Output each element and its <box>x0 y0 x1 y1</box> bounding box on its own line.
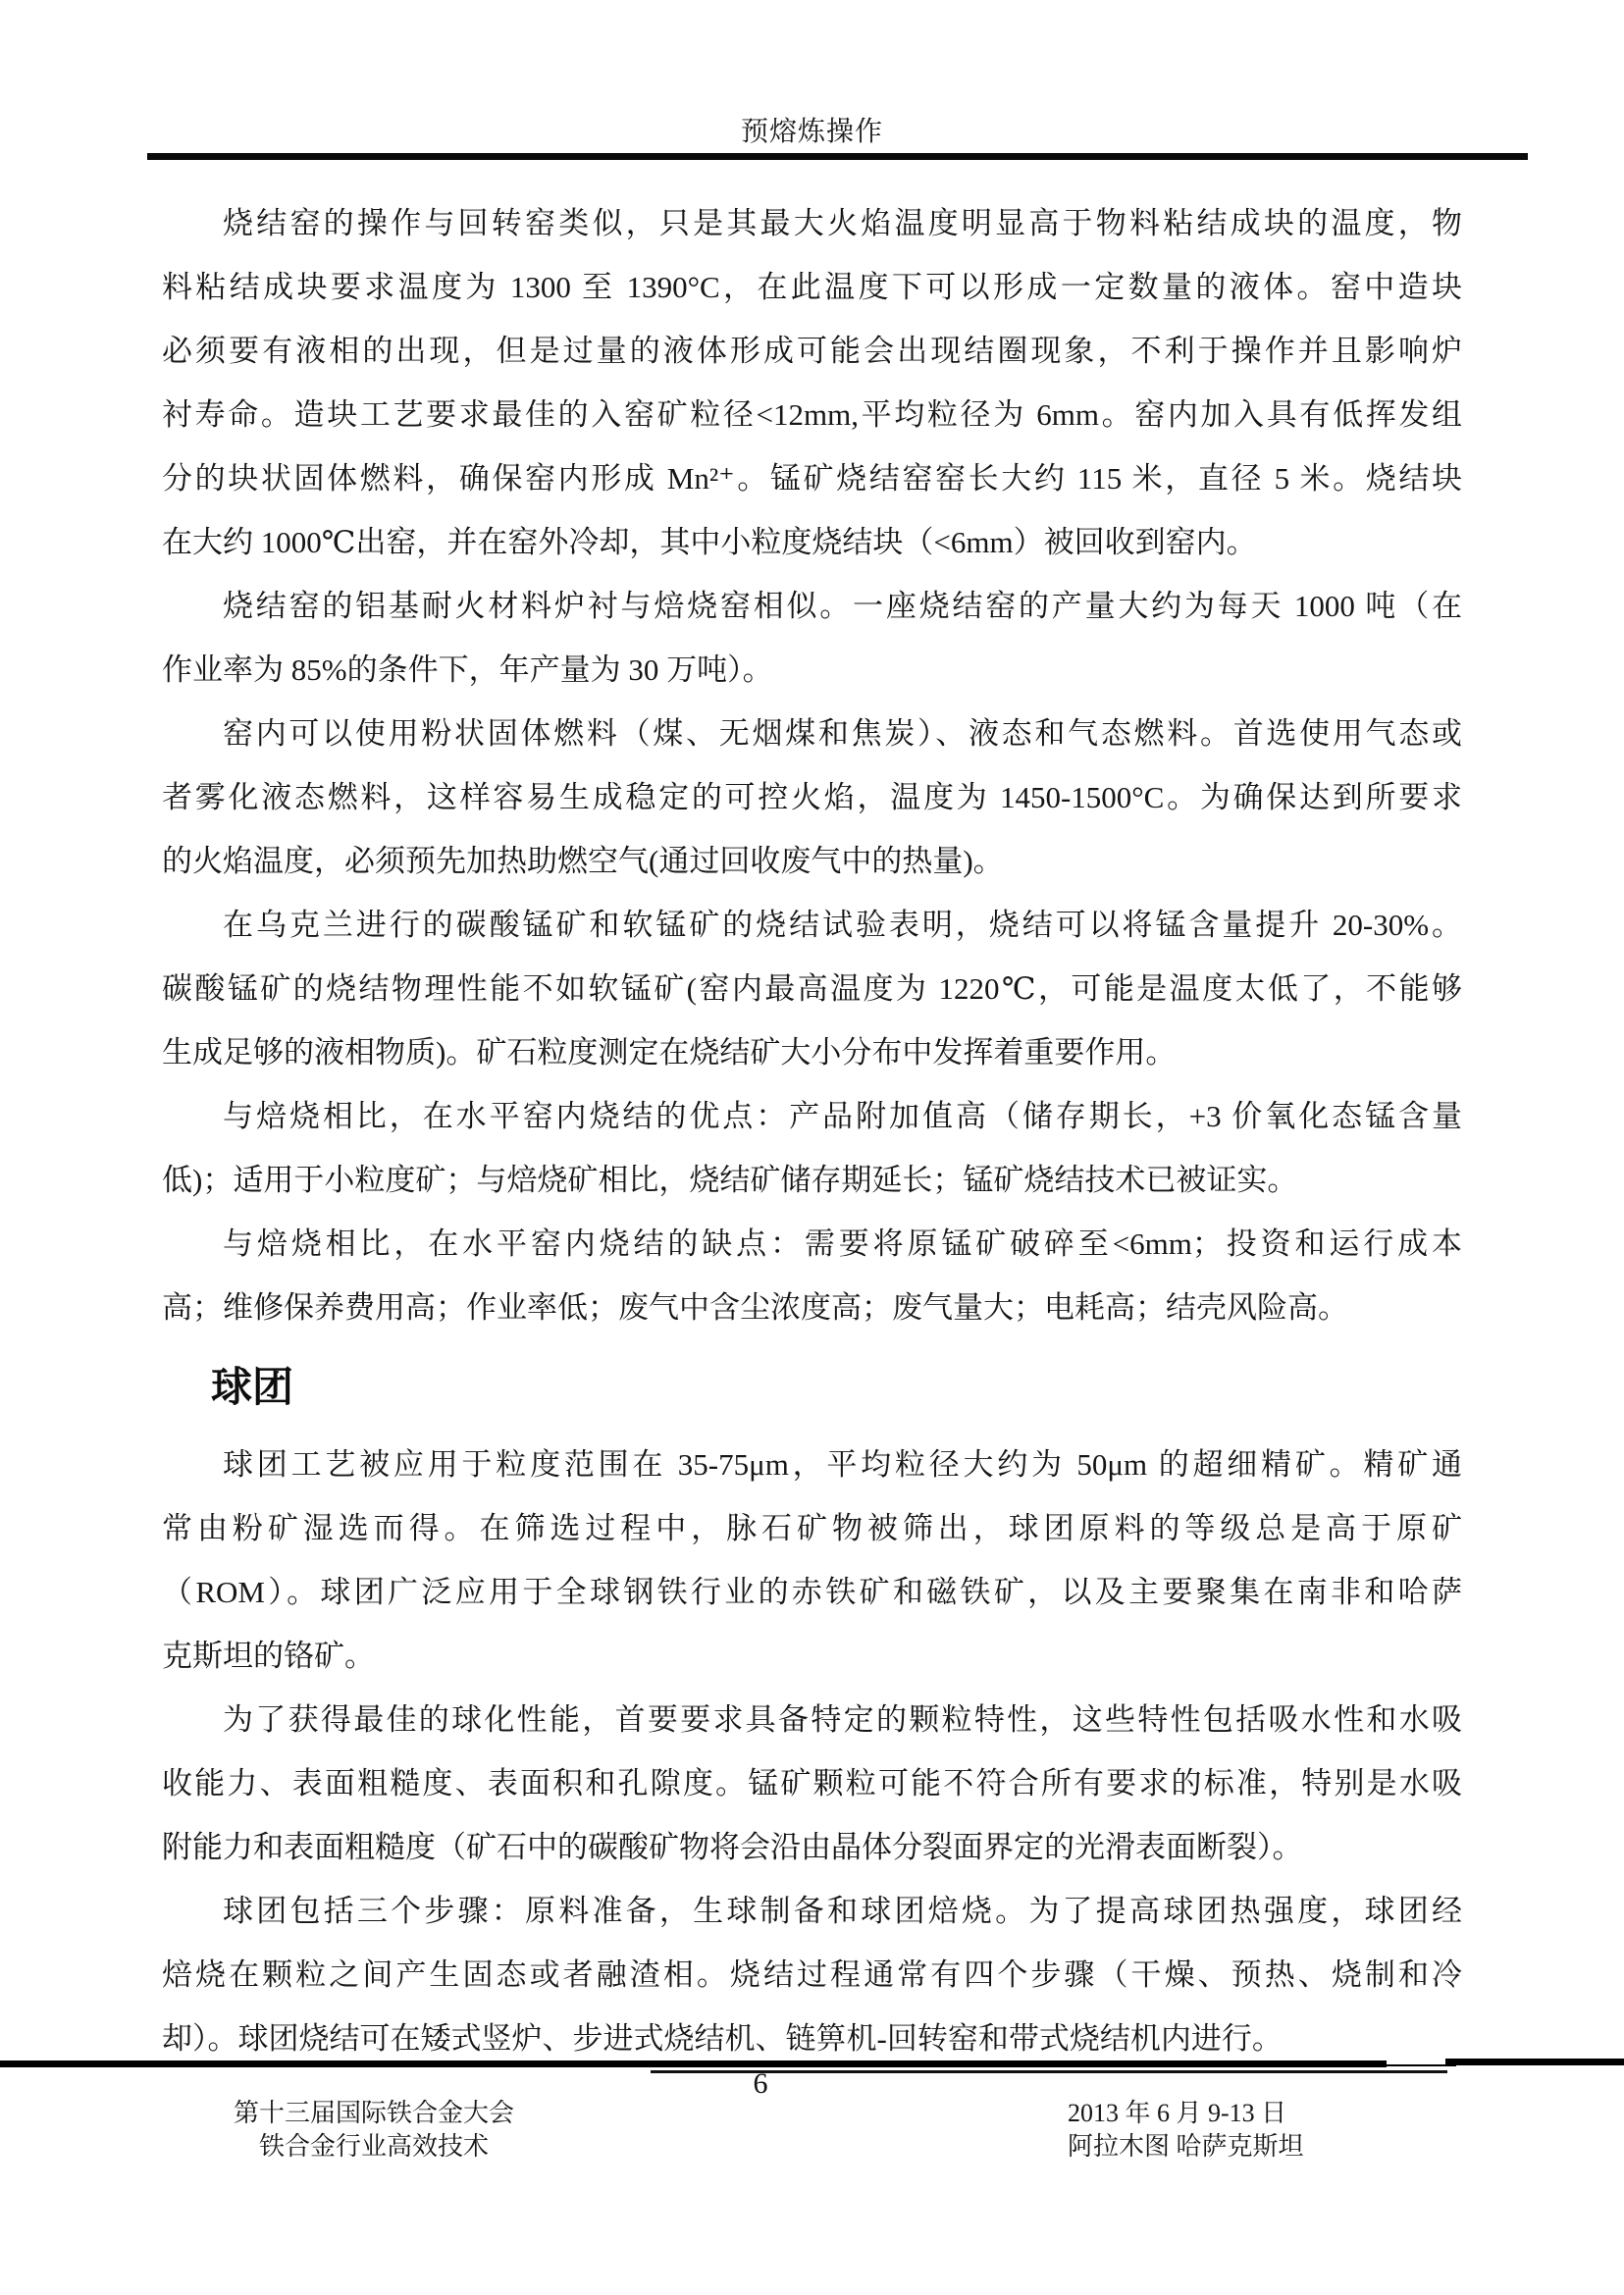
footer-conference-block: 第十三届国际铁合金大会 铁合金行业高效技术 <box>234 2097 514 2164</box>
body-line: 分的块状固体燃料，确保窑内形成 Mn²⁺。锰矿烧结窑窑长大约 115 米，直径 … <box>162 446 1462 510</box>
paragraph: 窑内可以使用粉状固体燃料（煤、无烟煤和焦炭）、液态和气态燃料。首选使用气态或者雾… <box>162 702 1462 893</box>
body-line: 附能力和表面粗糙度（矿石中的碳酸矿物将会沿由晶体分裂面界定的光滑表面断裂）。 <box>162 1815 1462 1879</box>
body-line: 球团工艺被应用于粒度范围在 35-75μm，平均粒径大约为 50μm 的超细精矿… <box>162 1433 1462 1496</box>
body-line: 在乌克兰进行的碳酸锰矿和软锰矿的烧结试验表明，烧结可以将锰含量提升 20-30%… <box>162 893 1462 957</box>
body-line: 必须要有液相的出现，但是过量的液体形成可能会出现结圈现象，不利于操作并且影响炉 <box>162 319 1462 383</box>
body-line: 的火焰温度，必须预先加热助燃空气(通过回收废气中的热量)。 <box>162 829 1462 893</box>
body-line: 碳酸锰矿的烧结物理性能不如软锰矿(窑内最高温度为 1220℃，可能是温度太低了，… <box>162 957 1462 1020</box>
body-line: 焙烧在颗粒之间产生固态或者融渣相。烧结过程通常有四个步骤（干燥、预热、烧制和冷 <box>162 1943 1462 2007</box>
header-rule <box>147 153 1528 160</box>
body-line: 与焙烧相比，在水平窑内烧结的缺点：需要将原锰矿破碎至<6mm；投资和运行成本 <box>162 1212 1462 1276</box>
footer-rule-left-segment <box>0 2060 1387 2067</box>
paragraph: 与焙烧相比，在水平窑内烧结的优点：产品附加值高（储存期长，+3 价氧化态锰含量低… <box>162 1084 1462 1212</box>
body-line: 高；维修保养费用高；作业率低；废气中含尘浓度高；废气量大；电耗高；结壳风险高。 <box>162 1276 1462 1339</box>
body-line: 窑内可以使用粉状固体燃料（煤、无烟煤和焦炭）、液态和气态燃料。首选使用气态或 <box>162 702 1462 765</box>
document-body: 烧结窑的操作与回转窑类似，只是其最大火焰温度明显高于物料粘结成块的温度，物料粘结… <box>162 191 1462 2070</box>
footer-conference-subtitle: 铁合金行业高效技术 <box>234 2130 514 2164</box>
body-line: 衬寿命。造块工艺要求最佳的入窑矿粒径<12mm,平均粒径为 6mm。窑内加入具有… <box>162 383 1462 446</box>
page-number: 6 <box>162 2067 1359 2101</box>
body-line: 者雾化液态燃料，这样容易生成稳定的可控火焰，温度为 1450-1500°C。为确… <box>162 765 1462 829</box>
footer-rule-right-segment <box>1445 2059 1624 2065</box>
body-line: 在大约 1000℃出窑，并在窑外冷却，其中小粒度烧结块（<6mm）被回收到窑内。 <box>162 510 1462 574</box>
paragraph: 烧结窑的操作与回转窑类似，只是其最大火焰温度明显高于物料粘结成块的温度，物料粘结… <box>162 191 1462 574</box>
paragraph: 在乌克兰进行的碳酸锰矿和软锰矿的烧结试验表明，烧结可以将锰含量提升 20-30%… <box>162 893 1462 1084</box>
section-heading: 球团 <box>162 1339 1462 1433</box>
body-line: 烧结窑的铝基耐火材料炉衬与焙烧窑相似。一座烧结窑的产量大约为每天 1000 吨（… <box>162 574 1462 638</box>
body-line: 克斯坦的铬矿。 <box>162 1624 1462 1688</box>
body-line: 料粘结成块要求温度为 1300 至 1390°C，在此温度下可以形成一定数量的液… <box>162 255 1462 319</box>
body-line: 为了获得最佳的球化性能，首要要求具备特定的颗粒特性，这些特性包括吸水性和水吸 <box>162 1688 1462 1751</box>
paragraph: 与焙烧相比，在水平窑内烧结的缺点：需要将原锰矿破碎至<6mm；投资和运行成本高；… <box>162 1212 1462 1339</box>
footer-date: 2013 年 6 月 9-13 日 <box>1068 2097 1304 2130</box>
body-line: 与焙烧相比，在水平窑内烧结的优点：产品附加值高（储存期长，+3 价氧化态锰含量 <box>162 1084 1462 1148</box>
paragraph: 球团包括三个步骤：原料准备，生球制备和球团焙烧。为了提高球团热强度，球团经焙烧在… <box>162 1879 1462 2070</box>
body-line: 作业率为 85%的条件下，年产量为 30 万吨）。 <box>162 638 1462 702</box>
footer-location: 阿拉木图 哈萨克斯坦 <box>1068 2130 1304 2164</box>
footer-rule-gap-line <box>1378 2064 1456 2066</box>
page-header-title: 预熔炼操作 <box>0 110 1624 149</box>
paragraph: 为了获得最佳的球化性能，首要要求具备特定的颗粒特性，这些特性包括吸水性和水吸收能… <box>162 1688 1462 1879</box>
footer-date-location-block: 2013 年 6 月 9-13 日 阿拉木图 哈萨克斯坦 <box>1068 2097 1304 2164</box>
paragraph: 烧结窑的铝基耐火材料炉衬与焙烧窑相似。一座烧结窑的产量大约为每天 1000 吨（… <box>162 574 1462 702</box>
body-line: 生成足够的液相物质)。矿石粒度测定在烧结矿大小分布中发挥着重要作用。 <box>162 1020 1462 1084</box>
body-line: 球团包括三个步骤：原料准备，生球制备和球团焙烧。为了提高球团热强度，球团经 <box>162 1879 1462 1943</box>
body-line: （ROM）。球团广泛应用于全球钢铁行业的赤铁矿和磁铁矿，以及主要聚集在南非和哈萨 <box>162 1560 1462 1624</box>
body-line: 常由粉矿湿选而得。在筛选过程中，脉石矿物被筛出，球团原料的等级总是高于原矿 <box>162 1496 1462 1560</box>
footer-conference-name: 第十三届国际铁合金大会 <box>234 2097 514 2130</box>
body-line: 收能力、表面粗糙度、表面积和孔隙度。锰矿颗粒可能不符合所有要求的标准，特别是水吸 <box>162 1751 1462 1815</box>
paragraph: 球团工艺被应用于粒度范围在 35-75μm，平均粒径大约为 50μm 的超细精矿… <box>162 1433 1462 1688</box>
body-line: 烧结窑的操作与回转窑类似，只是其最大火焰温度明显高于物料粘结成块的温度，物 <box>162 191 1462 255</box>
body-line: 低)；适用于小粒度矿；与焙烧矿相比，烧结矿储存期延长；锰矿烧结技术已被证实。 <box>162 1148 1462 1212</box>
